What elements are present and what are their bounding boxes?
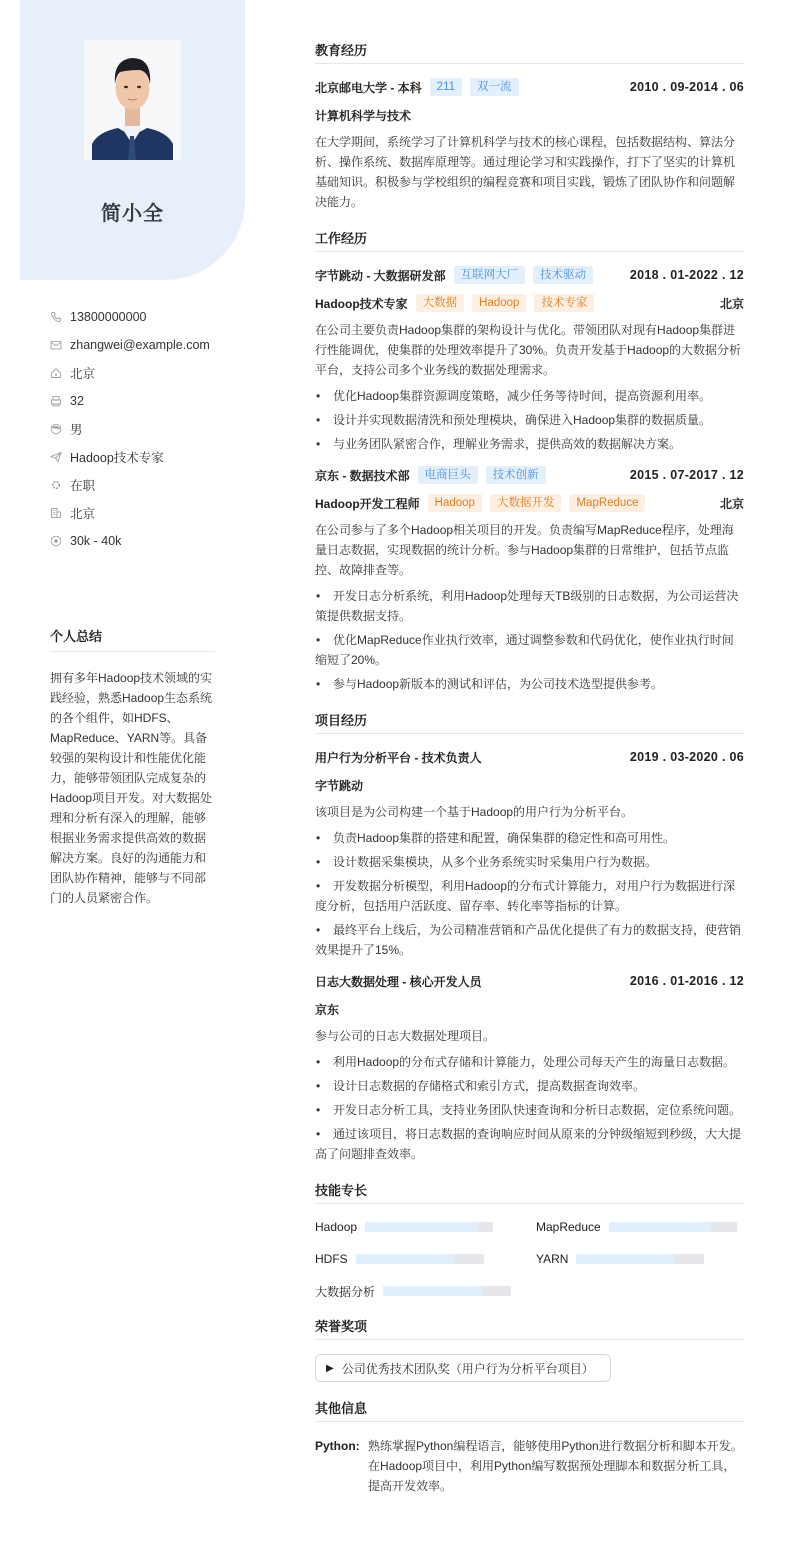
contact-phone: 13800000000 [50, 303, 240, 331]
contact-age: 32 [50, 387, 240, 415]
job-role: Hadoop开发工程师 [315, 495, 420, 512]
salary-icon [50, 535, 62, 547]
role-tag: Hadoop [472, 294, 526, 312]
skill-name: Hadoop [315, 1220, 357, 1234]
project-name: 用户行为分析平台 - 技术负责人 [315, 749, 482, 766]
education-date: 2010 . 09-2014 . 06 [630, 80, 744, 94]
skills-section: 技能专长 Hadoop MapReduce HDFS YARN 大数据分析 [315, 1180, 744, 1300]
education-section: 教育经历 北京邮电大学 - 本科 211 双一流 2010 . 09-2014 … [315, 40, 744, 212]
projects-title: 项目经历 [315, 710, 744, 734]
age-icon [50, 395, 62, 407]
company-name: 字节跳动 - 大数据研发部 [315, 267, 446, 284]
contact-list: 13800000000 zhangwei@example.com 北京 32 男… [50, 303, 240, 555]
city-value: 北京 [70, 504, 95, 522]
bullet-item: 设计数据采集模块，从多个业务系统实时采集用户行为数据。 [315, 852, 744, 872]
contact-email: zhangwei@example.com [50, 331, 240, 359]
education-desc: 在大学期间，系统学习了计算机科学与技术的核心课程，包括数据结构、算法分析、操作系… [315, 132, 744, 212]
profile-name: 简小全 [20, 197, 245, 226]
awards-section: 荣誉奖项 ▶ 公司优秀技术团队奖（用户行为分析平台项目） [315, 1316, 744, 1382]
other-item: Python: 熟练掌握Python编程语言，能够使用Python进行数据分析和… [315, 1436, 744, 1496]
work-title: 工作经历 [315, 228, 744, 252]
school-tag: 双一流 [470, 78, 519, 96]
skill-bar [356, 1254, 484, 1264]
bullet-item: 通过该项目，将日志数据的查询响应时间从原来的分钟级缩短到秒级，大大提高了问题排查… [315, 1124, 744, 1164]
other-key: Python: [315, 1436, 368, 1496]
bullet-item: 开发数据分析模型，利用Hadoop的分布式计算能力，对用户行为数据进行深度分析，… [315, 876, 744, 916]
summary-title: 个人总结 [50, 626, 215, 652]
contact-job: Hadoop技术专家 [50, 443, 240, 471]
hometown-value: 北京 [70, 364, 95, 382]
gender-value: 男 [70, 420, 83, 438]
avatar-portrait-icon [84, 40, 181, 160]
role-tag: 大数据开发 [490, 494, 562, 512]
bullet-item: 利用Hadoop的分布式存储和计算能力，处理公司每天产生的海量日志数据。 [315, 1052, 744, 1072]
company-tag: 技术创新 [486, 466, 546, 484]
skill-bar [609, 1222, 737, 1232]
contact-hometown: 北京 [50, 359, 240, 387]
work-city: 北京 [720, 295, 744, 312]
skill-bar-fill [576, 1254, 673, 1264]
work-bullets: 优化Hadoop集群资源调度策略，减少任务等待时间，提高资源利用率。 设计并实现… [315, 386, 744, 454]
bullet-item: 最终平台上线后，为公司精准营销和产品优化提供了有力的数据支持，使营销效果提升了1… [315, 920, 744, 960]
skills-title: 技能专长 [315, 1180, 744, 1204]
skill-item: MapReduce [536, 1218, 744, 1236]
home-icon [50, 367, 62, 379]
project-bullets: 利用Hadoop的分布式存储和计算能力，处理公司每天产生的海量日志数据。 设计日… [315, 1052, 744, 1164]
awards-title: 荣誉奖项 [315, 1316, 744, 1340]
bullet-item: 优化Hadoop集群资源调度策略，减少任务等待时间，提高资源利用率。 [315, 386, 744, 406]
bullet-item: 参与Hadoop新版本的测试和评估，为公司技术选型提供参考。 [315, 674, 744, 694]
company-name: 京东 - 数据技术部 [315, 467, 410, 484]
project-company: 京东 [315, 1001, 339, 1018]
project-desc: 参与公司的日志大数据处理项目。 [315, 1026, 744, 1046]
main-content: 教育经历 北京邮电大学 - 本科 211 双一流 2010 . 09-2014 … [315, 40, 744, 1512]
other-title: 其他信息 [315, 1398, 744, 1422]
company-tag: 技术驱动 [533, 266, 593, 284]
work-item: 京东 - 数据技术部 电商巨头 技术创新 2015 . 07-2017 . 12… [315, 466, 744, 694]
contact-salary: 30k - 40k [50, 527, 240, 555]
role-tag: MapReduce [569, 494, 645, 512]
project-desc: 该项目是为公司构建一个基于Hadoop的用户行为分析平台。 [315, 802, 744, 822]
gender-icon [50, 423, 62, 435]
status-icon [50, 479, 62, 491]
contact-city: 北京 [50, 499, 240, 527]
skill-bar-fill [365, 1222, 478, 1232]
mail-icon [50, 339, 62, 351]
role-tag: 大数据 [416, 294, 465, 312]
company-tag: 互联网大厂 [454, 266, 526, 284]
personal-summary: 个人总结 拥有多年Hadoop技术领域的实践经验，熟悉Hadoop生态系统的各个… [50, 626, 215, 908]
work-date: 2015 . 07-2017 . 12 [630, 468, 744, 482]
skills-grid: Hadoop MapReduce HDFS YARN 大数据分析 [315, 1218, 744, 1300]
project-name: 日志大数据处理 - 核心开发人员 [315, 973, 482, 990]
profile-photo [84, 40, 181, 160]
sidebar-header: 简小全 [20, 0, 245, 280]
company-tag: 电商巨头 [418, 466, 478, 484]
project-item: 日志大数据处理 - 核心开发人员 2016 . 01-2016 . 12 京东 … [315, 972, 744, 1164]
job-icon [50, 451, 62, 463]
contact-status: 在职 [50, 471, 240, 499]
bullet-item: 负责Hadoop集群的搭建和配置，确保集群的稳定性和高可用性。 [315, 828, 744, 848]
bullet-item: 开发日志分析系统，利用Hadoop处理每天TB级别的日志数据，为公司运营决策提供… [315, 586, 744, 626]
skill-name: YARN [536, 1252, 568, 1266]
work-item: 字节跳动 - 大数据研发部 互联网大厂 技术驱动 2018 . 01-2022 … [315, 266, 744, 454]
work-date: 2018 . 01-2022 . 12 [630, 268, 744, 282]
school-name: 北京邮电大学 - 本科 [315, 79, 422, 96]
skill-name: MapReduce [536, 1220, 601, 1234]
bullet-item: 优化MapReduce作业执行效率，通过调整参数和代码优化，使作业执行时间缩短了… [315, 630, 744, 670]
caret-right-icon: ▶ [326, 1363, 334, 1374]
project-date: 2019 . 03-2020 . 06 [630, 750, 744, 764]
skill-item: YARN [536, 1250, 744, 1268]
bullet-item: 与业务团队紧密合作，理解业务需求，提供高效的数据解决方案。 [315, 434, 744, 454]
contact-gender: 男 [50, 415, 240, 443]
salary-value: 30k - 40k [70, 534, 121, 548]
skill-bar [383, 1286, 511, 1296]
skill-name: HDFS [315, 1252, 348, 1266]
summary-text: 拥有多年Hadoop技术领域的实践经验，熟悉Hadoop生态系统的各个组件，如H… [50, 668, 215, 908]
project-bullets: 负责Hadoop集群的搭建和配置，确保集群的稳定性和高可用性。 设计数据采集模块… [315, 828, 744, 960]
skill-item: 大数据分析 [315, 1282, 536, 1300]
job-role: Hadoop技术专家 [315, 295, 408, 312]
job-value: Hadoop技术专家 [70, 448, 164, 466]
award-label: 公司优秀技术团队奖（用户行为分析平台项目） [342, 1360, 594, 1377]
work-city: 北京 [720, 495, 744, 512]
work-bullets: 开发日志分析系统，利用Hadoop处理每天TB级别的日志数据，为公司运营决策提供… [315, 586, 744, 694]
skill-bar [365, 1222, 493, 1232]
skill-item: HDFS [315, 1250, 536, 1268]
role-tag: Hadoop [428, 494, 482, 512]
projects-section: 项目经历 用户行为分析平台 - 技术负责人 2019 . 03-2020 . 0… [315, 710, 744, 1164]
bullet-item: 设计并实现数据清洗和预处理模块，确保进入Hadoop集群的数据质量。 [315, 410, 744, 430]
other-value: 熟练掌握Python编程语言，能够使用Python进行数据分析和脚本开发。在Ha… [368, 1436, 744, 1496]
bullet-item: 开发日志分析工具，支持业务团队快速查询和分析日志数据，定位系统问题。 [315, 1100, 744, 1120]
skill-bar [576, 1254, 704, 1264]
phone-icon [50, 311, 62, 323]
project-item: 用户行为分析平台 - 技术负责人 2019 . 03-2020 . 06 字节跳… [315, 748, 744, 960]
skill-bar-fill [383, 1286, 482, 1296]
work-section: 工作经历 字节跳动 - 大数据研发部 互联网大厂 技术驱动 2018 . 01-… [315, 228, 744, 694]
school-tag: 211 [430, 78, 462, 96]
award-toggle[interactable]: ▶ 公司优秀技术团队奖（用户行为分析平台项目） [315, 1354, 611, 1382]
education-title: 教育经历 [315, 40, 744, 64]
skill-name: 大数据分析 [315, 1283, 375, 1300]
other-section: 其他信息 Python: 熟练掌握Python编程语言，能够使用Python进行… [315, 1398, 744, 1496]
education-item: 北京邮电大学 - 本科 211 双一流 2010 . 09-2014 . 06 … [315, 78, 744, 212]
city-icon [50, 507, 62, 519]
major: 计算机科学与技术 [315, 107, 411, 124]
project-date: 2016 . 01-2016 . 12 [630, 974, 744, 988]
bullet-item: 设计日志数据的存储格式和索引方式，提高数据查询效率。 [315, 1076, 744, 1096]
skill-bar-fill [609, 1222, 711, 1232]
age-value: 32 [70, 394, 84, 408]
email-value: zhangwei@example.com [70, 338, 210, 352]
status-value: 在职 [70, 476, 95, 494]
project-company: 字节跳动 [315, 777, 363, 794]
work-desc: 在公司参与了多个Hadoop相关项目的开发。负责编写MapReduce程序，处理… [315, 520, 744, 580]
role-tag: 技术专家 [534, 294, 594, 312]
phone-value: 13800000000 [70, 310, 146, 324]
work-desc: 在公司主要负责Hadoop集群的架构设计与优化。带领团队对现有Hadoop集群进… [315, 320, 744, 380]
skill-item: Hadoop [315, 1218, 536, 1236]
skill-bar-fill [356, 1254, 455, 1264]
